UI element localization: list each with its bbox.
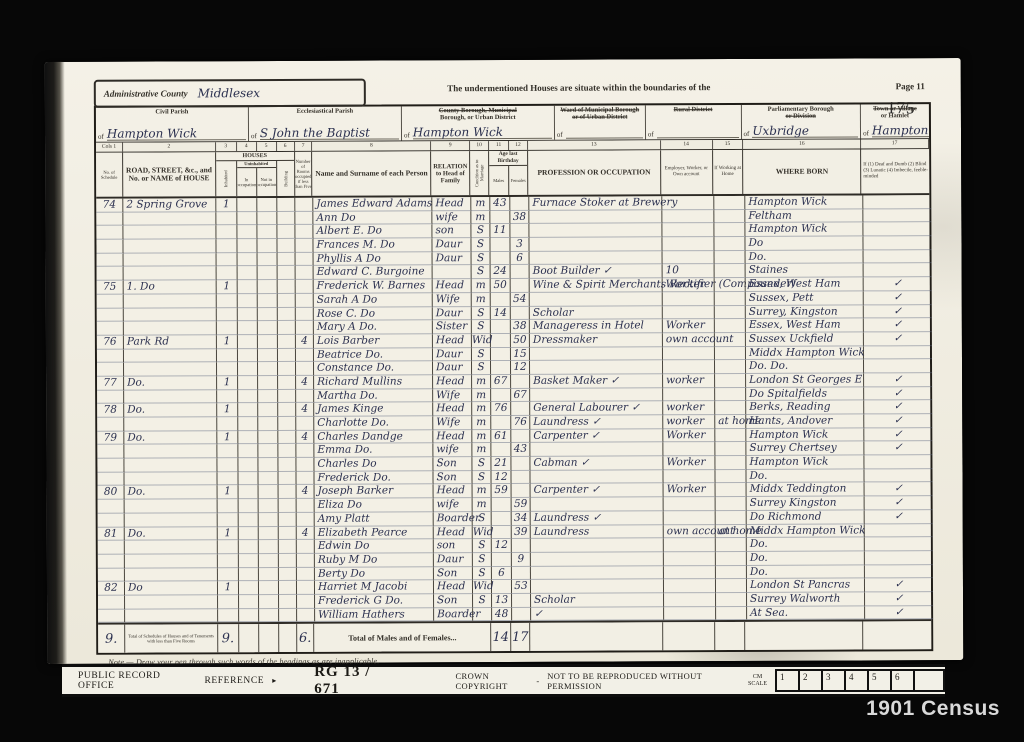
row-cell-name: Ruby M Do	[315, 553, 434, 567]
row-cell-emp: worker	[663, 401, 715, 415]
row-cell-name: James Edward Adams	[313, 197, 432, 211]
row-cell-mark	[864, 264, 932, 278]
row-cell-born: Surrey, Kingston	[746, 305, 864, 319]
row-cell-rel: Son	[433, 457, 472, 471]
row-cell-s: 82	[98, 582, 125, 596]
parish-label: Town or Villageor Hamlet	[863, 105, 927, 119]
row-cell-u2	[258, 431, 278, 445]
row-cell-occ: Cabman ✓	[530, 456, 663, 470]
row-cell-b	[279, 567, 297, 581]
row-cell-aM	[492, 512, 512, 526]
row-cell-emp	[664, 538, 716, 552]
row-cell-emp	[664, 497, 716, 511]
viewer-stage: 175 Administrative County Middlesex The …	[0, 0, 1024, 742]
row-cell-u2	[258, 307, 278, 321]
column-number: 12	[509, 141, 528, 150]
row-cell-aM	[492, 553, 512, 567]
row-cell-name: Frances M. Do	[313, 238, 432, 252]
row-cell-aF	[511, 430, 530, 444]
row-cell-road	[125, 513, 218, 527]
row-cell-rel: Boarder	[434, 512, 473, 526]
row-cell-rooms	[297, 513, 315, 527]
row-cell-home	[715, 470, 746, 484]
row-cell-emp	[663, 360, 715, 374]
row-cell-rooms: 4	[297, 485, 315, 499]
row-cell-b	[278, 458, 296, 472]
row-cell-s	[98, 609, 125, 623]
row-cell-home	[715, 347, 746, 361]
row-cell-c: S	[472, 471, 491, 485]
row-cell-u1	[238, 267, 258, 281]
row-cell-c: S	[472, 252, 491, 266]
parish-value-line: ofHampton Wick	[404, 126, 552, 141]
row-cell-b	[278, 431, 296, 445]
row-cell-aM	[491, 252, 511, 266]
parish-col-6: Town or Villageor HamletofHampton Wick	[861, 104, 929, 138]
row-cell-u1	[239, 486, 259, 500]
row-cell-road	[124, 417, 217, 431]
column-number: 5	[257, 142, 277, 151]
row-cell-home	[714, 223, 745, 237]
cm-scale-ruler: 123456	[775, 669, 945, 692]
row-cell-rooms	[297, 608, 315, 622]
row-cell-born: Sussex, Pett	[746, 291, 864, 305]
row-cell-home	[714, 196, 745, 210]
row-cell-aF	[511, 279, 530, 293]
page-label: Page 11	[896, 81, 925, 91]
row-cell-rel: Head	[433, 334, 472, 348]
row-cell-s: 77	[97, 377, 124, 391]
row-cell-c: S	[472, 457, 491, 471]
parish-value: Hampton Wick	[872, 124, 929, 137]
row-cell-s	[98, 513, 125, 527]
column-number: 13	[528, 140, 661, 150]
row-cell-aF: 59	[512, 498, 531, 512]
row-cell-aF: 43	[511, 443, 530, 457]
row-cell-aM: 6	[492, 567, 512, 581]
scale-cell	[913, 669, 945, 692]
row-cell-road: Do	[125, 582, 218, 596]
row-cell-mark: ✓	[864, 442, 932, 456]
row-cell-aM	[491, 348, 511, 362]
row-cell-inh	[217, 267, 238, 281]
row-cell-inh	[217, 321, 238, 335]
row-cell-road: 1. Do	[124, 280, 217, 294]
row-cell-rel: Daur	[434, 553, 473, 567]
parish-value-line: of	[648, 130, 739, 139]
row-cell-occ	[529, 237, 662, 251]
row-cell-inh	[216, 226, 237, 240]
row-cell-u1	[237, 198, 257, 212]
totals-males: 14	[491, 623, 511, 651]
row-cell-u1	[238, 458, 258, 472]
row-cell-u1	[238, 417, 258, 431]
row-cell-emp	[664, 579, 716, 593]
column-number: 10	[470, 141, 489, 150]
row-cell-occ: Manageress in Hotel	[530, 319, 663, 333]
row-cell-aF: 9	[512, 553, 531, 567]
row-cell-born: At Sea.	[747, 606, 865, 620]
row-cell-aF	[511, 306, 530, 320]
row-cell-c: S	[472, 361, 491, 375]
row-cell-inh	[217, 445, 238, 459]
row-cell-aM: 59	[492, 484, 512, 498]
row-cell-u2	[257, 239, 277, 253]
scale-cell: 3	[821, 669, 844, 692]
scale-cell: 5	[867, 669, 890, 692]
row-cell-road	[124, 472, 217, 486]
parish-value: Hampton Wick	[413, 126, 552, 140]
parish-value-line: ofUxbridge	[743, 124, 858, 138]
col-relation-header: RELATION to Head of Family	[431, 151, 470, 195]
row-cell-occ: Wine & Spirit Merchants Rectifier (Compo…	[530, 278, 663, 292]
row-cell-road	[123, 212, 216, 226]
row-cell-aF	[511, 265, 530, 279]
row-cell-mark	[865, 537, 933, 551]
col-building-header: Building	[277, 161, 294, 196]
row-cell-u2	[259, 595, 279, 609]
row-cell-aF: 12	[511, 361, 530, 375]
row-cell-b	[278, 376, 296, 390]
caption-1901-census: 1901 Census	[866, 697, 1000, 721]
parish-col-5: Parliamentary Boroughor DivisionofUxbrid…	[741, 104, 861, 139]
row-cell-rooms	[297, 567, 315, 581]
row-cell-aF: 3	[510, 238, 529, 252]
row-cell-name: Charles Dandge	[314, 430, 433, 444]
row-cell-b	[278, 321, 296, 335]
row-cell-born: Middx Hampton Wick	[746, 346, 864, 360]
row-cell-c: m	[473, 498, 492, 512]
row-cell-occ	[530, 251, 663, 265]
row-cell-emp	[662, 196, 714, 210]
column-number: 9	[431, 141, 470, 150]
row-cell-occ: Scholar	[531, 593, 664, 607]
row-cell-u2	[257, 225, 277, 239]
totals-rooms: 6.	[297, 624, 315, 652]
row-cell-aM	[491, 334, 511, 348]
parish-value: Uxbridge	[752, 124, 858, 137]
row-cell-b	[277, 239, 295, 253]
row-cell-inh: 1	[217, 376, 238, 390]
col-infirmity-header: If (1) Deaf and Dumb (2) Blind (3) Lunat…	[861, 149, 929, 193]
row-cell-c: S	[472, 348, 491, 362]
row-cell-road	[124, 321, 217, 335]
row-cell-c: m	[471, 197, 490, 211]
census-form: Administrative County Middlesex The unde…	[94, 76, 934, 667]
row-cell-aF: 54	[511, 293, 530, 307]
row-cell-home	[716, 538, 747, 552]
admin-county-label: Administrative County	[104, 88, 188, 98]
row-cell-s	[96, 226, 123, 240]
row-cell-home: at home	[715, 415, 746, 429]
reference-label: REFERENCE	[204, 676, 264, 686]
row-cell-b	[278, 444, 296, 458]
row-cell-born: Sussex Uckfield	[746, 332, 864, 346]
row-cell-s	[97, 445, 124, 459]
row-cell-rooms	[296, 348, 314, 362]
row-cell-mark	[863, 209, 931, 223]
row-cell-aF: 67	[511, 389, 530, 403]
row-cell-occ: ✓	[531, 607, 664, 621]
row-cell-aM: 67	[491, 375, 511, 389]
row-cell-name: Edwin Do	[315, 539, 434, 553]
row-cell-aM	[492, 525, 512, 539]
totals-label: Total of Schedules of Houses and of Tene…	[125, 625, 218, 653]
row-cell-home	[716, 511, 747, 525]
row-cell-rooms	[296, 294, 314, 308]
row-cell-u1	[237, 225, 257, 239]
row-cell-u2	[258, 444, 278, 458]
row-cell-aM	[491, 293, 511, 307]
row-cell-c: m	[471, 211, 490, 225]
row-cell-name: Rose C. Do	[314, 307, 433, 321]
row-cell-aM	[490, 238, 510, 252]
row-cell-u1	[238, 472, 258, 486]
row-cell-c: S	[473, 539, 492, 553]
row-cell-u2	[259, 568, 279, 582]
row-cell-inh: 1	[216, 198, 237, 212]
row-cell-home	[716, 593, 747, 607]
row-cell-rel: Sister	[433, 320, 472, 334]
row-cell-mark: ✓	[865, 483, 933, 497]
row-cell-road	[125, 595, 218, 609]
row-cell-home	[716, 552, 747, 566]
row-cell-s	[97, 294, 124, 308]
row-cell-home: at home	[716, 524, 747, 538]
row-cell-b	[278, 280, 296, 294]
row-cell-u2	[257, 212, 277, 226]
row-cell-emp	[664, 511, 716, 525]
row-cell-rooms	[295, 212, 313, 226]
scale-cell: 2	[798, 669, 821, 692]
row-cell-c: S	[473, 512, 492, 526]
column-number: 3	[216, 142, 237, 151]
parish-value-line: of	[557, 130, 643, 139]
row-cell-home	[715, 401, 746, 415]
row-cell-mark: ✓	[865, 578, 933, 592]
row-cell-rel: Daur	[433, 307, 472, 321]
row-cell-u2	[259, 554, 279, 568]
row-cell-s	[96, 212, 123, 226]
row-cell-mark: ✓	[865, 606, 933, 620]
column-number: 8	[313, 141, 432, 151]
row-cell-u2	[258, 403, 278, 417]
row-cell-born: Hampton Wick	[745, 223, 863, 237]
row-cell-u1	[239, 540, 259, 554]
row-cell-home	[714, 237, 745, 251]
row-cell-road	[124, 349, 217, 363]
row-cell-inh: 1	[218, 527, 239, 541]
row-cell-occ	[531, 552, 664, 566]
row-cell-inh	[218, 595, 239, 609]
row-cell-u1	[238, 321, 258, 335]
row-cell-u2	[258, 376, 278, 390]
row-cell-u2	[258, 280, 278, 294]
row-cell-mark	[863, 236, 931, 250]
col-born-header: WHERE BORN	[744, 149, 862, 194]
row-cell-s	[98, 568, 125, 582]
row-cell-emp	[664, 566, 716, 580]
column-number: Cols 1	[96, 143, 123, 152]
row-cell-inh: 1	[217, 403, 238, 417]
row-cell-name: Charlotte Do.	[314, 416, 433, 430]
row-cell-u2	[258, 417, 278, 431]
row-cell-aM: 11	[490, 224, 510, 238]
row-cell-aM	[491, 389, 511, 403]
row-cell-mark	[865, 551, 933, 565]
row-cell-s: 78	[97, 404, 124, 418]
row-cell-emp: Worker	[663, 429, 715, 443]
row-cell-road: Do.	[124, 404, 217, 418]
row-cell-s: 75	[97, 281, 124, 295]
row-cell-u1	[239, 513, 259, 527]
row-cell-name: Edward C. Burgoine	[314, 266, 433, 280]
row-cell-b	[278, 362, 296, 376]
crown-copyright-label: CROWN COPYRIGHT	[455, 671, 528, 691]
row-cell-inh	[217, 417, 238, 431]
row-cell-u1	[237, 212, 257, 226]
row-cell-u2	[259, 540, 279, 554]
row-cell-inh: 1	[217, 431, 238, 445]
row-cell-mark: ✓	[864, 387, 932, 401]
row-cell-occ: Laundress ✓	[530, 415, 663, 429]
row-cell-emp	[662, 210, 714, 224]
row-cell-mark: ✓	[864, 414, 932, 428]
parish-value: S John the Baptist	[260, 126, 399, 140]
row-cell-s	[97, 308, 124, 322]
col-inhabited-header: Inhabited	[216, 161, 237, 196]
row-cell-name: Constance Do.	[314, 362, 433, 376]
row-cell-name: Eliza Do	[315, 498, 434, 512]
totals-females: 17	[511, 623, 530, 651]
row-cell-occ: Carpenter ✓	[531, 484, 664, 498]
row-cell-b	[278, 417, 296, 431]
row-cell-rel: Son	[433, 471, 472, 485]
row-cell-born: Hampton Wick	[745, 195, 863, 209]
row-cell-name: Lois Barber	[314, 334, 433, 348]
row-cell-home	[715, 319, 746, 333]
col-age-females-header: Females	[509, 166, 527, 195]
row-cell-home	[715, 278, 746, 292]
row-cell-inh	[217, 253, 238, 267]
row-cell-rooms: 4	[296, 335, 314, 349]
row-cell-occ	[530, 347, 663, 361]
row-cell-emp	[662, 237, 714, 251]
row-cell-u1	[239, 568, 259, 582]
row-cell-s: 79	[97, 431, 124, 445]
row-cell-born: Do	[745, 236, 863, 250]
row-cell-c: S	[473, 567, 492, 581]
row-cell-name: Berty Do	[315, 567, 434, 581]
row-cell-rel: Daur	[433, 361, 472, 375]
row-cell-aM	[492, 580, 512, 594]
row-cell-born: Surrey Chertsey	[746, 442, 864, 456]
row-cell-rel: Daur	[433, 252, 472, 266]
row-cell-inh	[218, 609, 239, 623]
row-cell-occ: Laundress	[531, 525, 664, 539]
row-cell-born: London St Georges E	[746, 373, 864, 387]
row-cell-aF	[511, 457, 530, 471]
row-cell-s	[97, 267, 124, 281]
column-number: 14	[661, 140, 713, 149]
row-cell-road: 2 Spring Grove	[123, 198, 216, 212]
row-cell-u2	[258, 266, 278, 280]
row-cell-road	[125, 554, 218, 568]
parish-value	[657, 137, 739, 138]
row-cell-emp	[664, 552, 716, 566]
row-cell-home	[715, 292, 746, 306]
row-cell-c: m	[472, 389, 491, 403]
row-cell-mark: ✓	[864, 277, 932, 291]
row-cell-b	[278, 266, 296, 280]
book-gutter-edge	[45, 62, 68, 664]
row-cell-u1	[239, 554, 259, 568]
row-cell-rel: son	[434, 539, 473, 553]
row-cell-rel: Son	[434, 594, 473, 608]
row-cell-mark	[864, 359, 932, 373]
row-cell-road: Do.	[125, 527, 218, 541]
row-cell-rooms	[296, 472, 314, 486]
row-cell-rooms	[296, 417, 314, 431]
row-cell-born: Do.	[747, 551, 865, 565]
row-cell-born: Berks, Reading	[746, 401, 864, 415]
parish-value-line: ofHampton Wick	[863, 124, 927, 138]
row-cell-name: Charles Do	[314, 457, 433, 471]
row-cell-aF	[510, 224, 529, 238]
row-cell-road	[124, 308, 217, 322]
row-cell-aM: 76	[491, 402, 511, 416]
row-cell-rel: Daur	[433, 348, 472, 362]
row-cell-u1	[239, 527, 259, 541]
cm-scale-label: CM SCALE	[748, 674, 767, 687]
row-cell-u1	[238, 362, 258, 376]
row-cell-born: Do.	[747, 538, 865, 552]
row-cell-rel: Head	[433, 279, 472, 293]
row-cell-aM: 24	[491, 265, 511, 279]
row-cell-rel	[433, 266, 472, 280]
row-cell-rooms	[295, 225, 313, 239]
row-cell-home	[715, 360, 746, 374]
row-cell-aM: 21	[491, 457, 511, 471]
row-cell-home	[716, 607, 747, 621]
row-cell-s: 76	[97, 336, 124, 350]
row-cell-home	[715, 305, 746, 319]
row-cell-rel: Head	[432, 197, 471, 211]
row-cell-rel: Head	[433, 402, 472, 416]
row-cell-s	[97, 459, 124, 473]
row-cell-rel: wife	[433, 444, 472, 458]
row-cell-rel: Head	[433, 375, 472, 389]
row-cell-aM: 43	[490, 197, 510, 211]
row-cell-emp: 10	[663, 265, 715, 279]
row-cell-occ	[529, 224, 662, 238]
row-cell-b	[277, 212, 295, 226]
row-cell-occ	[531, 566, 664, 580]
row-cell-u2	[258, 294, 278, 308]
row-cell-occ	[530, 470, 663, 484]
row-cell-b	[279, 485, 297, 499]
row-cell-u2	[259, 581, 279, 595]
row-cell-mark: ✓	[864, 291, 932, 305]
row-cell-occ: Scholar	[530, 306, 663, 320]
row-cell-c: Wid	[473, 580, 492, 594]
row-cell-c: S	[472, 265, 491, 279]
row-cell-aF: 38	[510, 211, 529, 225]
row-cell-inh	[218, 554, 239, 568]
row-cell-inh	[217, 349, 238, 363]
row-cell-born: Do. Do.	[746, 360, 864, 374]
row-cell-emp	[663, 292, 715, 306]
